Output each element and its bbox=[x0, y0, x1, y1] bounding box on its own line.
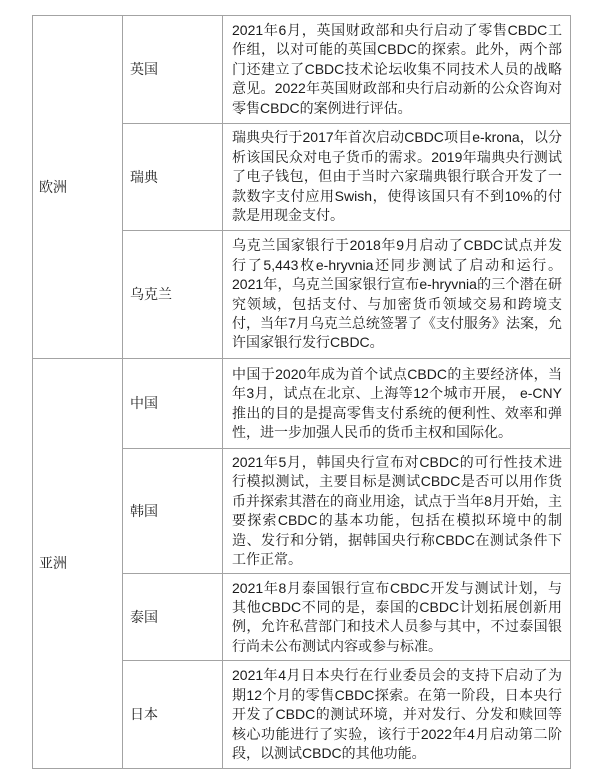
table-row-uk: 欧洲 英国 2021年6月，英国财政部和央行启动了零售CBDC工作组，以对可能的… bbox=[33, 16, 571, 124]
region-cell-asia: 亚洲 bbox=[33, 359, 123, 769]
country-label-thailand: 泰国 bbox=[130, 609, 158, 625]
cbdc-comparison-table: 欧洲 英国 2021年6月，英国财政部和央行启动了零售CBDC工作组，以对可能的… bbox=[32, 15, 571, 769]
country-cell-sweden: 瑞典 bbox=[123, 124, 223, 231]
region-cell-europe: 欧洲 bbox=[33, 16, 123, 359]
description-cell-korea: 2021年5月，韩国央行宣布对CBDC的可行性技术进行模拟测试，主要目标是测试C… bbox=[223, 449, 571, 574]
country-cell-japan: 日本 bbox=[123, 661, 223, 769]
country-label-uk: 英国 bbox=[130, 61, 158, 77]
description-cell-japan: 2021年4月日本央行在行业委员会的支持下启动了为期12个月的零售CBDC探索。… bbox=[223, 661, 571, 769]
country-label-korea: 韩国 bbox=[130, 503, 158, 519]
country-cell-ukraine: 乌克兰 bbox=[123, 231, 223, 359]
country-cell-uk: 英国 bbox=[123, 16, 223, 124]
country-label-china: 中国 bbox=[130, 395, 158, 411]
table-row-china: 亚洲 中国 中国于2020年成为首个试点CBDC的主要经济体，当年3月，试点在北… bbox=[33, 359, 571, 449]
document-page: 欧洲 英国 2021年6月，英国财政部和央行启动了零售CBDC工作组，以对可能的… bbox=[0, 0, 600, 770]
description-cell-china: 中国于2020年成为首个试点CBDC的主要经济体，当年3月，试点在北京、上海等1… bbox=[223, 359, 571, 449]
description-cell-ukraine: 乌克兰国家银行于2018年9月启动了CBDC试点并发行了5,443枚e-hryv… bbox=[223, 231, 571, 359]
country-cell-china: 中国 bbox=[123, 359, 223, 449]
description-cell-sweden: 瑞典央行于2017年首次启动CBDC项目e-krona，以分析该国民众对电子货币… bbox=[223, 124, 571, 231]
country-label-japan: 日本 bbox=[130, 706, 158, 722]
description-cell-thailand: 2021年8月泰国银行宣布CBDC开发与测试计划，与其他CBDC不同的是，泰国的… bbox=[223, 574, 571, 661]
region-label-asia: 亚洲 bbox=[39, 555, 67, 571]
country-label-sweden: 瑞典 bbox=[130, 169, 158, 185]
country-label-ukraine: 乌克兰 bbox=[130, 286, 172, 302]
description-cell-uk: 2021年6月，英国财政部和央行启动了零售CBDC工作组，以对可能的英国CBDC… bbox=[223, 16, 571, 124]
country-cell-thailand: 泰国 bbox=[123, 574, 223, 661]
country-cell-korea: 韩国 bbox=[123, 449, 223, 574]
region-label-europe: 欧洲 bbox=[39, 179, 67, 195]
